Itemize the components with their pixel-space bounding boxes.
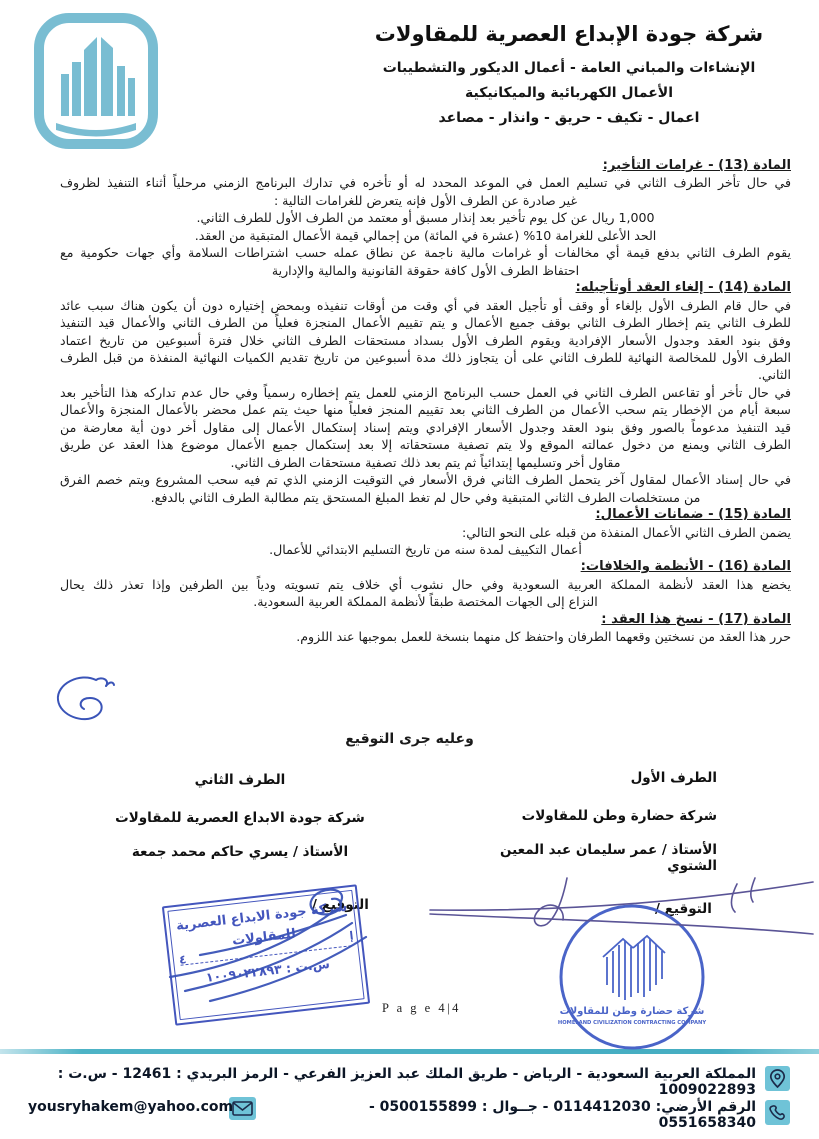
second-party-role: الطرف الثاني (100, 772, 380, 788)
second-party-block: الطرف الثاني شركة جودة الابداع العصرية ل… (100, 772, 380, 860)
first-party-company: شركة حضارة وطن للمقاولات (447, 808, 717, 824)
article-16-line: النزاع إلى الجهات المختصة طبقاً لأنظمة ا… (60, 593, 791, 610)
article-17: المادة (17) - نسخ هذا العقد : حرر هذا ال… (60, 611, 791, 646)
first-party-role: الطرف الأول (447, 770, 717, 786)
article-14-line: للطرف الثاني يتم إخطار الطرف الثاني بوقف… (60, 314, 791, 331)
contract-body: المادة (13) - غرامات التأخير: في حال تأخ… (60, 157, 791, 646)
article-16: المادة (16) - الأنظمة والخلافات: يخضع هذ… (60, 558, 791, 610)
stamp-inner-border (167, 890, 364, 1020)
article-17-line: حرر هذا العقد من نسختين وقعهما الطرفان و… (60, 628, 791, 645)
letterhead: شركة جودة الإبداع العصرية للمقاولات الإن… (349, 22, 789, 131)
contract-document-page: شركة جودة الإبداع العصرية للمقاولات الإن… (0, 0, 819, 1139)
article-17-title: المادة (17) - نسخ هذا العقد : (60, 611, 791, 628)
article-14-line: في حال إسناد الأعمال لمقاول آخر يتحمل ال… (60, 471, 791, 488)
article-15-line: يضمن الطرف الثاني الأعمال المنفذة من قبل… (60, 524, 791, 541)
tagline-electrical: الأعمال الكهربائية والميكانيكية (349, 81, 789, 106)
article-13-line: يقوم الطرف الثاني بدفع قيمة أي مخالفات أ… (60, 244, 791, 261)
article-14-line: مقاول أخر وتسليمها إبتدائياً ثم يتم بعد … (60, 454, 791, 471)
article-13: المادة (13) - غرامات التأخير: في حال تأخ… (60, 157, 791, 279)
location-pin-icon (765, 1066, 790, 1091)
first-party-stamp: شركة حضارة وطن للمقاولات HOMELAND CIVILI… (551, 901, 713, 1053)
article-13-line: 1,000 ريال عن كل يوم تأخير بعد إنذار مسب… (60, 209, 791, 226)
footer-email: yousryhakem@yahoo.com (28, 1099, 224, 1115)
article-14-title: المادة (14) - إلغاء العقد أوتأجيله: (60, 279, 791, 296)
article-13-title: المادة (13) - غرامات التأخير: (60, 157, 791, 174)
footer-phones: الرقم الأرضي: 0114412030 - جــوال : 0500… (270, 1099, 756, 1131)
second-party-company: شركة جودة الابداع العصرية للمقاولات (100, 810, 380, 826)
article-14-line: قيد التنفيذ مدعوماً بالصور وفق بنود العق… (60, 419, 791, 436)
envelope-icon (229, 1097, 256, 1120)
article-14-line: في حال تأخر أو تقاعس الطرف الثاني في الع… (60, 384, 791, 401)
article-15-line: أعمال التكييف لمدة سنه من تاريخ التسليم … (60, 541, 791, 558)
company-name: شركة جودة الإبداع العصرية للمقاولات (349, 22, 789, 46)
article-13-line: احتفاظ الطرف الأول كافة حقوقة القانونية … (60, 262, 791, 279)
tagline-services: اعمال - تكيف - حريق - وانذار - مصاعد (349, 106, 789, 131)
article-16-title: المادة (16) - الأنظمة والخلافات: (60, 558, 791, 575)
company-logo (30, 12, 162, 150)
building-stamp-icon: شركة حضارة وطن للمقاولات HOMELAND CIVILI… (551, 901, 713, 1053)
article-14-line: في حال قام الطرف الأول بإلغاء أو وقف أو … (60, 297, 791, 314)
article-14-line: الطرف الثاني ويمنع من دخول عمالته الموقع… (60, 436, 791, 453)
footer-address: المملكة العربية السعودية - الرياض - طريق… (30, 1066, 756, 1098)
first-party-block: الطرف الأول شركة حضارة وطن للمقاولات الأ… (447, 770, 717, 874)
phone-icon (765, 1100, 790, 1125)
closing-statement: وعليه جرى التوقيع (0, 731, 819, 747)
article-15: المادة (15) - ضمانات الأعمال: يضمن الطرف… (60, 506, 791, 558)
article-14: المادة (14) - إلغاء العقد أوتأجيله: في ح… (60, 279, 791, 506)
article-15-title: المادة (15) - ضمانات الأعمال: (60, 506, 791, 523)
first-party-name: الأستاذ / عمر سليمان عبد المعين الشتوي (447, 842, 717, 874)
article-14-line: سبعة أيام من الإخطار يتم سحب الأعمال من … (60, 401, 791, 418)
second-party-stamp: شركة جودة الابداع العصرية للمقاولات س.ت … (162, 884, 370, 1025)
round-stamp-arabic-text: شركة حضارة وطن للمقاولات (560, 1006, 705, 1017)
header-divider (172, 146, 819, 151)
article-14-line: من مستخلصات الطرف الثاني المتبقية وفي حا… (60, 489, 791, 506)
tagline-construction: الإنشاءات والمباني العامة - أعمال الديكو… (349, 56, 789, 81)
article-13-line: الحد الأعلى للغرامة 10% (عشرة في المائة)… (60, 227, 791, 244)
round-stamp-english-text: HOMELAND CIVILIZATION CONTRACTING COMPAN… (558, 1020, 706, 1026)
article-13-line: في حال تأخر الطرف الثاني في تسليم العمل … (60, 174, 791, 191)
handwritten-pen-mark (50, 676, 116, 726)
article-16-line: يخضع هذا العقد لأنظمة المملكة العربية ال… (60, 576, 791, 593)
page-number: P a g e 4|4 (382, 1001, 461, 1016)
article-14-line: وفق بنود العقد وجدول الأسعار الإفرادية و… (60, 332, 791, 349)
second-party-name: الأستاذ / يسري حاكم محمد جمعة (100, 844, 380, 860)
building-logo-icon (30, 12, 162, 150)
article-14-line: الطرف الأول للمخالصة النهائية للطرف الثا… (60, 349, 791, 366)
article-13-line: غير صادرة عن الطرف الأول فإنه يتعرض للغر… (60, 192, 791, 209)
article-14-line: الثاني. (60, 366, 791, 383)
stamp-side-mark-left: ٤ (178, 952, 187, 967)
